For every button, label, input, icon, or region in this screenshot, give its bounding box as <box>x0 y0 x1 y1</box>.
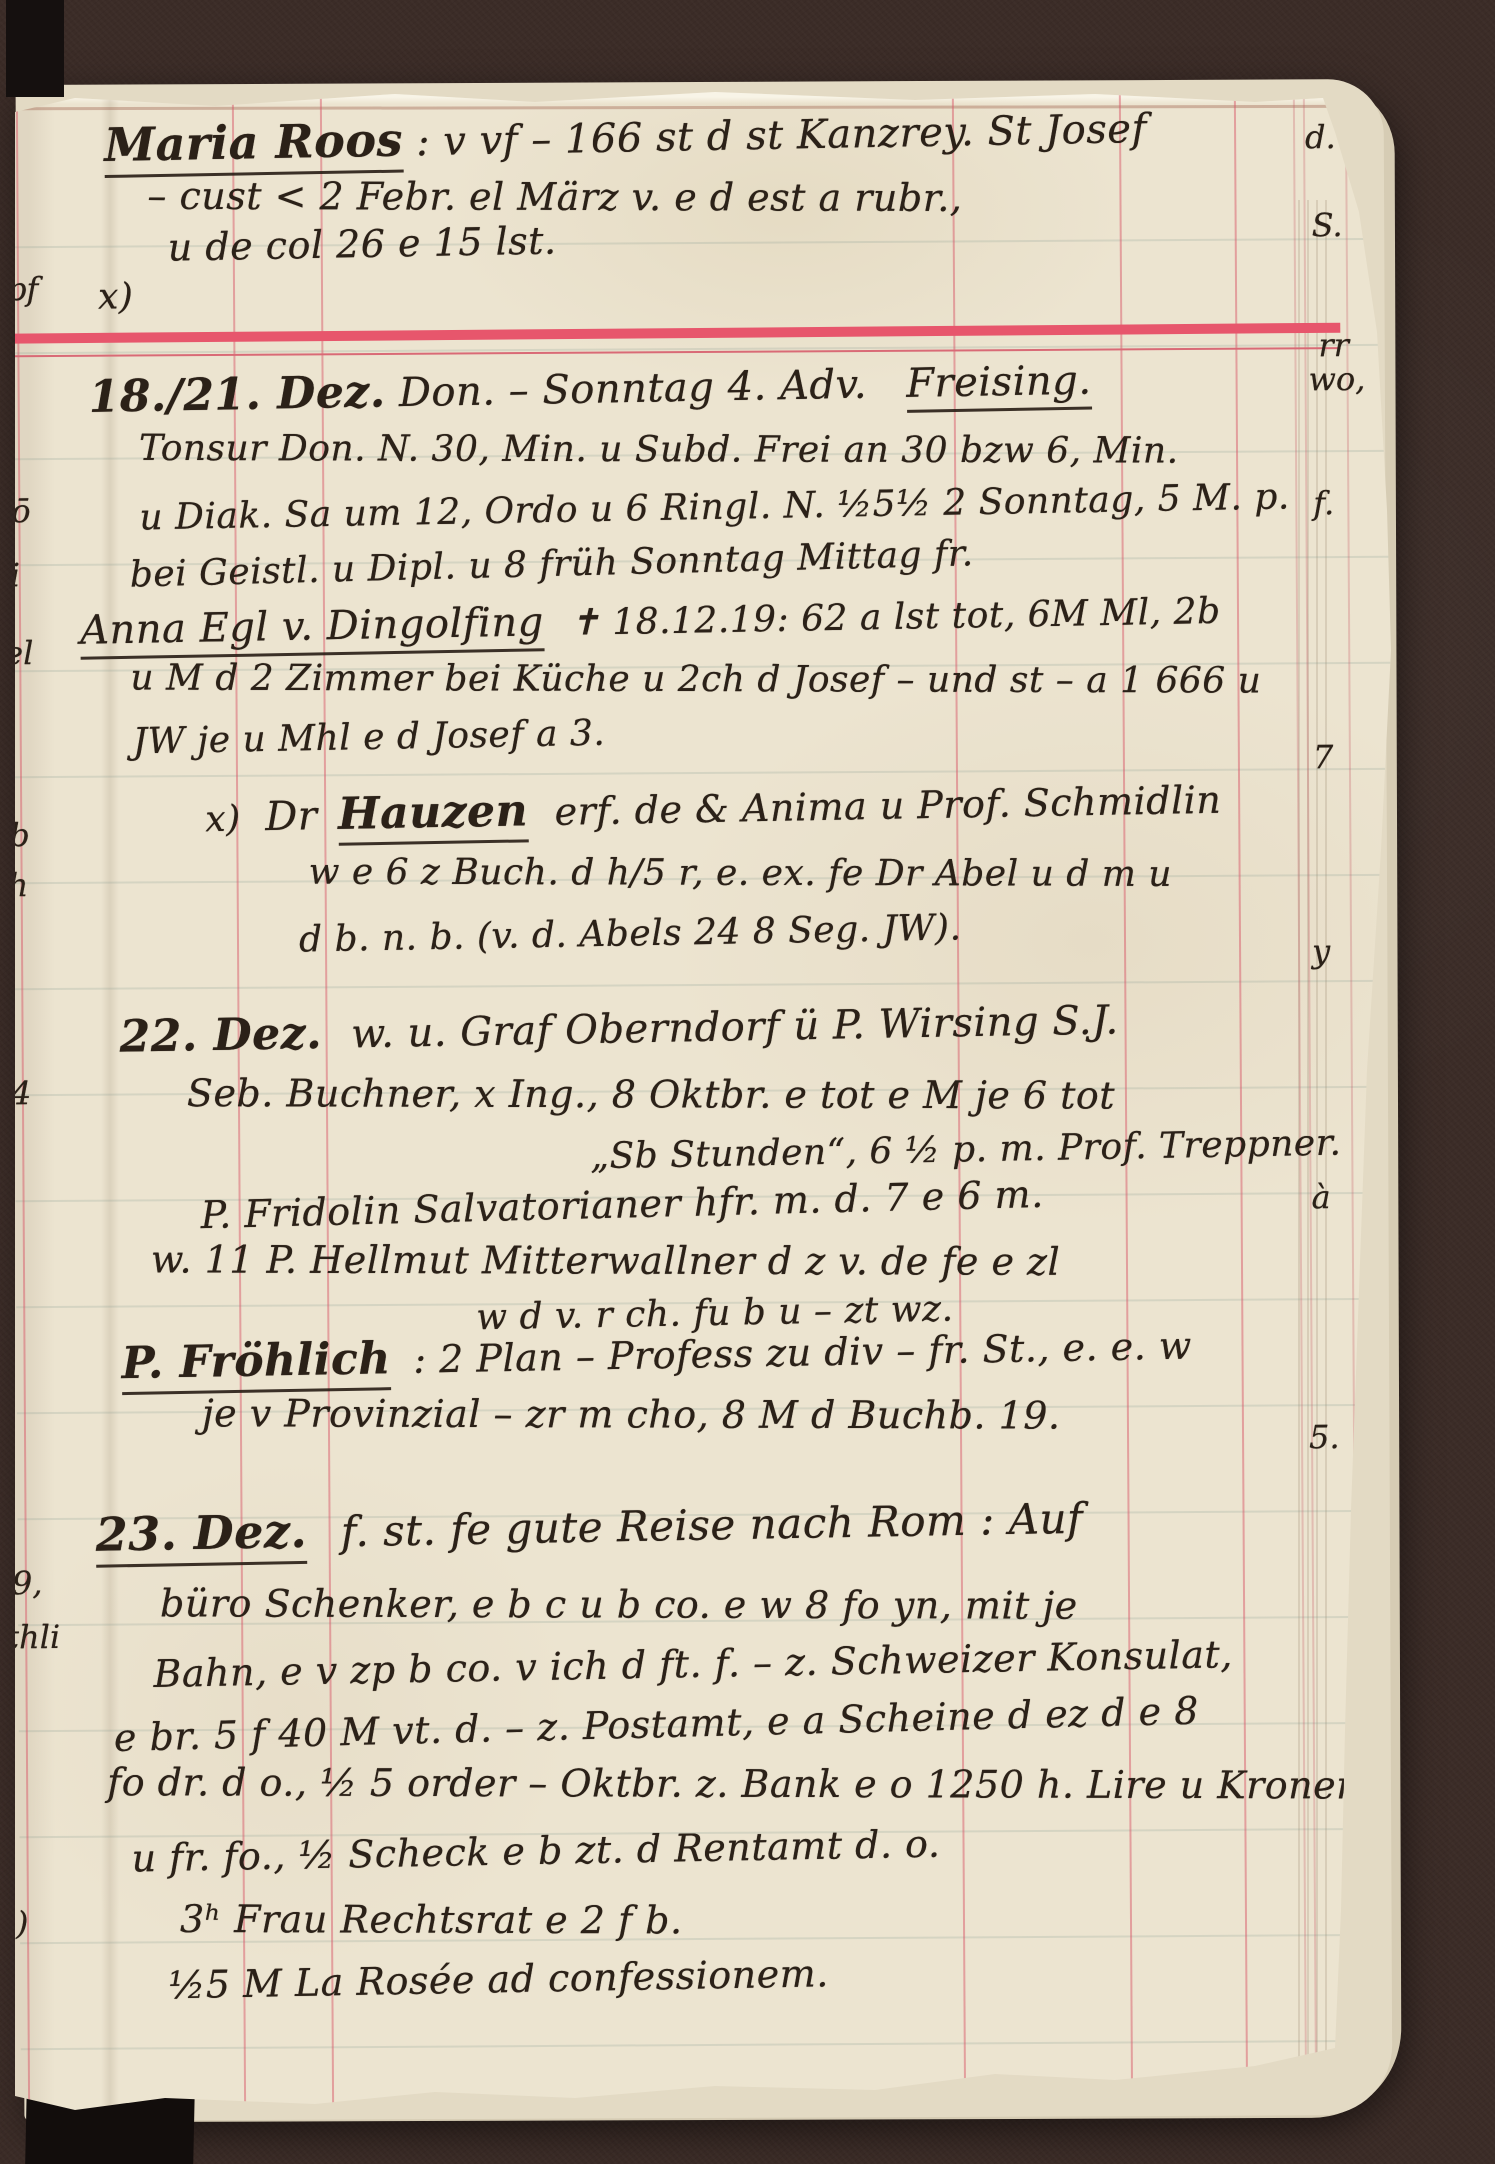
diary-line: 3ʰ Frau Rechtsrat e 2 f b. <box>180 1899 683 1942</box>
entry-date: 23. Dez. <box>95 1504 307 1568</box>
red-ledger-line <box>1119 87 1133 2115</box>
diary-line: Tonsur Don. N. 30, Min. u Subd. Frei an … <box>139 429 1179 471</box>
entry-heading-dec22: 22. Dez. w. u. Graf Oberndorf ü P. Wirsi… <box>119 995 1119 1062</box>
entry-heading-rest: : 2 Plan – Profess zu div – fr. St., e. … <box>413 1323 1192 1381</box>
entry-heading-rest: f. st. fe gute Reise nach Rom : Auf <box>340 1494 1083 1557</box>
diary-line: w e 6 z Buch. d h/5 r, e. ex. fe Dr Abel… <box>309 853 1172 895</box>
entry-heading-froehlich: P. Fröhlich : 2 Plan – Profess zu div – … <box>121 1320 1192 1388</box>
faint-ruled-line <box>21 2040 1399 2050</box>
diary-line: – cust < 2 Febr. el März v. e d est a ru… <box>147 176 962 220</box>
margin-fragment-right: y <box>1312 932 1330 970</box>
entry-heading-egl: Anna Egl v. Dingolfing ✝ 18.12.19: 62 a … <box>80 588 1221 653</box>
entry-heading-mid: Don. – Sonntag 4. Adv. <box>398 362 867 417</box>
diary-line: je v Provinzial – zr m cho, 8 M d Buchb.… <box>202 1393 1061 1437</box>
margin-fragment-right: f. <box>1313 484 1334 522</box>
diary-line: bei Geistl. u Dipl. u 8 früh Sonntag Mit… <box>129 534 974 595</box>
margin-fragment-left: ) <box>16 1904 29 1942</box>
diary-line: u de col 26 e 15 lst. <box>167 221 556 270</box>
footnote-mark: x) <box>205 799 241 841</box>
diary-line: Bahn, e v zp b co. v ich d ft. f. – z. S… <box>153 1634 1233 1696</box>
margin-fragment-right: 7 <box>1313 738 1334 776</box>
scanned-diary-photo: { "colors":{ "background":"#3b2c27", "pa… <box>0 0 1495 2164</box>
page-content: Maria Roos : v vf – 166 st d st Kanzrey.… <box>9 86 1399 2122</box>
entry-title: P. Fröhlich <box>121 1333 391 1395</box>
diary-line: d b. n. b. (v. d. Abels 24 8 Seg. JW). <box>299 908 962 960</box>
diary-line: w. 11 P. Hellmut Mitterwallner d z v. de… <box>151 1239 1060 1283</box>
margin-fragment-right: à <box>1311 1178 1330 1216</box>
margin-fragment-right: d. <box>1305 118 1336 156</box>
notebook-page: Maria Roos : v vf – 166 st d st Kanzrey.… <box>15 90 1393 2118</box>
entry-heading-maria-roos: Maria Roos : v vf – 166 st d st Kanzrey.… <box>104 101 1147 171</box>
margin-fragment-left: 9, <box>12 1564 43 1602</box>
entry-heading-hauzen: x) Dr Hauzen erf. de & Anima u Prof. Sch… <box>205 775 1222 842</box>
entry-heading-rest: w. u. Graf Oberndorf ü P. Wirsing S.J. <box>351 997 1119 1057</box>
margin-fragment-right: 5. <box>1309 1418 1340 1456</box>
entry-date: 22. Dez. <box>119 1008 322 1063</box>
margin-fragment-right: S. <box>1312 206 1343 244</box>
entry-title-prefix: Dr <box>265 793 318 840</box>
entry-place: Freising. <box>906 357 1092 412</box>
diary-line: büro Schenker, e b c u b co. e w 8 fo yn… <box>160 1583 1078 1627</box>
entry-heading-dec23: 23. Dez. f. st. fe gute Reise nach Rom :… <box>95 1492 1083 1561</box>
diary-line: u M d 2 Zimmer bei Küche u 2ch d Josef –… <box>130 659 1261 702</box>
margin-fragment-right: wo, <box>1308 360 1365 398</box>
binding-gap-top <box>6 0 64 97</box>
entry-date: 18./21. Dez. <box>88 366 386 422</box>
entry-heading-rest: : v vf – 166 st d st Kanzrey. St Josef <box>416 106 1147 165</box>
diary-line: ½5 M La Rosée ad confessionem. <box>168 1953 829 2007</box>
entry-heading-rest: erf. de & Anima u Prof. Schmidlin <box>554 778 1221 834</box>
margin-fragment-right: rr <box>1318 326 1349 364</box>
faint-ruled-line <box>14 980 1392 990</box>
entry-title: Maria Roos <box>104 113 404 178</box>
footnote-mark: x) <box>98 277 134 317</box>
red-ledger-line <box>1234 87 1248 2115</box>
diary-line: u fr. fo., ½ Scheck e b zt. d Rentamt d.… <box>131 1824 940 1881</box>
entry-heading-advent: 18./21. Dez. Don. – Sonntag 4. Adv. Frei… <box>88 355 1092 422</box>
diary-line: fo dr. d o., ½ 5 order – Oktbr. z. Bank … <box>107 1762 1361 1807</box>
diary-line: u Diak. Sa um 12, Ordo u 6 Ringl. N. ½5½… <box>139 477 1290 538</box>
entry-title: Hauzen <box>338 785 529 845</box>
red-double-rule-thick <box>10 323 1340 344</box>
diary-line: e br. 5 f 40 M vt. d. – z. Postamt, e a … <box>113 1691 1199 1760</box>
entry-title: Anna Egl v. Dingolfing <box>80 599 545 659</box>
diary-line: Seb. Buchner, x Ing., 8 Oktbr. e tot e M… <box>187 1073 1115 1117</box>
diary-line: „Sb Stunden“, 6 ½ p. m. Prof. Treppner. <box>590 1124 1342 1177</box>
diary-line: JW je u Mhl e d Josef a 3. <box>132 714 605 762</box>
